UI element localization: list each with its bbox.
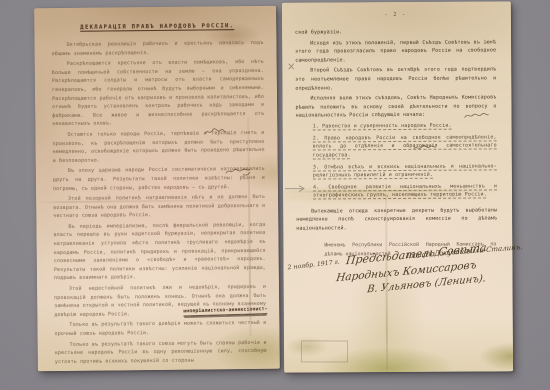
typed-paragraph: Исходя изъ этихъ положеній, первый Съѣзд…: [295, 38, 496, 65]
ink-annotation: [464, 111, 490, 120]
typed-paragraph: Только въ результатѣ такого союза могутъ…: [55, 338, 267, 366]
pencil-cross-annotation: [287, 62, 295, 71]
typed-list-item: 3. Отмѣна всѣхъ и всякихъ національныхъ …: [313, 162, 497, 180]
ink-annotation: [413, 144, 437, 152]
typed-paragraph: Только въ результатѣ такого довѣрія може…: [54, 319, 266, 338]
typed-list-item: 2. Право народовъ Россіи на свободное са…: [313, 133, 497, 159]
typed-paragraph: Октябрьская революція рабочихъ и крестья…: [51, 39, 263, 58]
photo-backdrop: ДЕКЛАРАЦІЯ ПРАВЪ НАРОДОВЪ РОССІИ. Октябр…: [0, 0, 550, 390]
document-page-1: ДЕКЛАРАЦІЯ ПРАВЪ НАРОДОВЪ РОССІИ. Октябр…: [34, 6, 280, 372]
ink-annotation: [204, 127, 226, 136]
closing-paragraph: Вытекающіе отсюда конкретные декреты буд…: [296, 206, 497, 233]
numbered-clause-list: 1. Равенство и суверенность народовъ Рос…: [313, 121, 497, 200]
document-title: ДЕКЛАРАЦІЯ ПРАВЪ НАРОДОВЪ РОССІИ.: [51, 23, 263, 31]
page-number: - 2 -: [295, 11, 496, 18]
typed-paragraph: Второй Съѣздъ Совѣтовъ въ октябрѣ этого …: [295, 66, 496, 93]
typed-list-item: 1. Равенство и суверенность народовъ Рос…: [313, 121, 497, 131]
pencil-arrow-annotation: [284, 184, 308, 194]
document-page-2: - 2 - ской буржуазіи. Исходя изъ этихъ п…: [282, 1, 513, 372]
pencil-stamp-box: [301, 340, 348, 362]
typed-paragraph: Остаются только народы Россіи, терпѣвшіе…: [52, 129, 264, 166]
typed-continuation-line: ской буржуазіи.: [295, 27, 496, 37]
ink-annotation: [225, 166, 251, 176]
typed-paragraph: Въ періодъ имперіализма, послѣ февральск…: [53, 221, 266, 283]
typed-paragraph: Раскрѣпощаются крестьяне отъ власти помѣ…: [52, 58, 265, 129]
typed-paragraph: Этой позорной политикѣ натравливанія нѣт…: [53, 193, 265, 221]
